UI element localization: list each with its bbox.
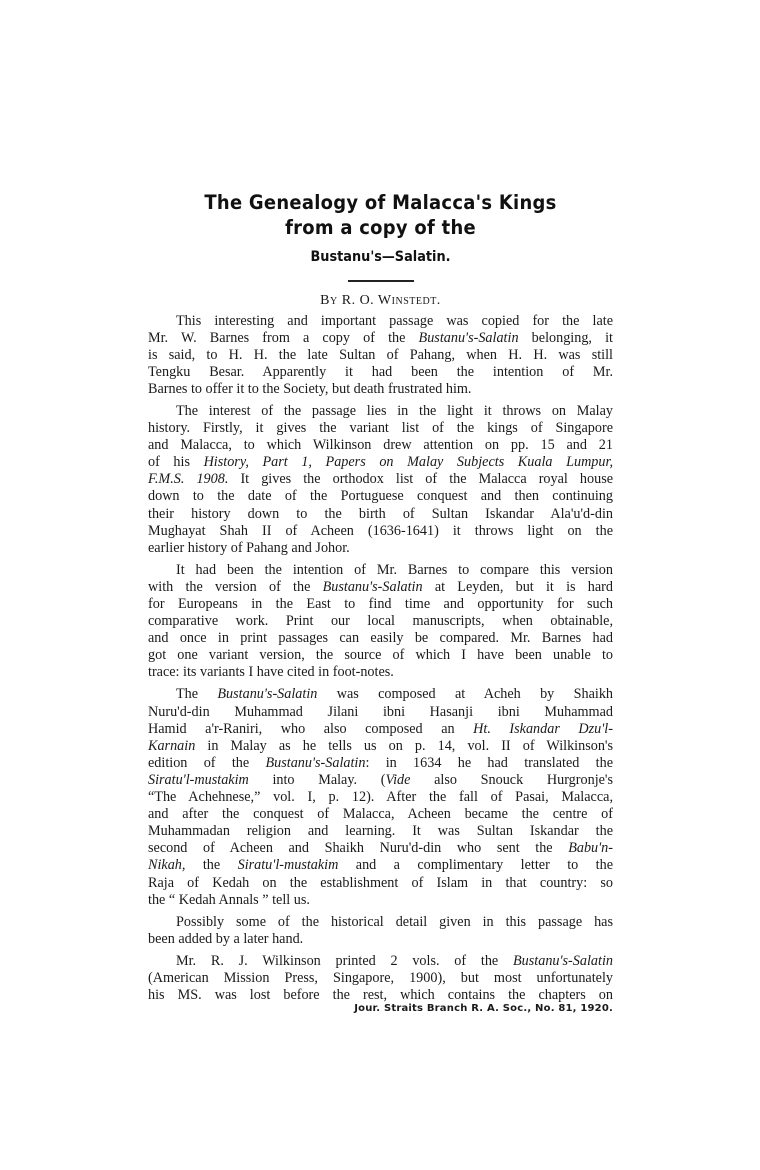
byline-prefix: By xyxy=(320,293,338,308)
text-line: their history down to the birth of Sulta… xyxy=(148,506,613,523)
text-line: earlier history of Pahang and Johor. xyxy=(148,540,613,557)
text-line: F.M.S. 1908. It gives the orthodox list … xyxy=(148,471,613,488)
text-line: Nikah, the Siratu'l-mustakim and a compl… xyxy=(148,857,613,874)
text-line: Tengku Besar. Apparently it had been the… xyxy=(148,364,613,381)
text-line: edition of the Bustanu's-Salatin: in 163… xyxy=(148,755,613,772)
author-name: R. O. Winstedt. xyxy=(342,293,441,308)
paragraph: Possibly some of the historical detail g… xyxy=(148,914,613,948)
title-divider xyxy=(348,280,414,282)
article-body: This interesting and important passage w… xyxy=(148,313,613,1005)
text-line: Siratu'l-mustakim into Malay. (Vide also… xyxy=(148,772,613,789)
text-line: comparative work. Print our local manusc… xyxy=(148,613,613,630)
text-line: Mr. R. J. Wilkinson printed 2 vols. of t… xyxy=(148,953,613,970)
text-line: with the version of the Bustanu's-Salati… xyxy=(148,579,613,596)
text-line: Raja of Kedah on the establishment of Is… xyxy=(148,875,613,892)
article-title-line-1: The Genealogy of Malacca's Kings xyxy=(167,190,595,215)
article-title-line-3: Bustanu's—Salatin. xyxy=(167,246,595,268)
text-line: Mughayat Shah II of Acheen (1636-1641) i… xyxy=(148,523,613,540)
text-line: of his History, Part 1, Papers on Malay … xyxy=(148,454,613,471)
text-line: (American Mission Press, Singapore, 1900… xyxy=(148,970,613,987)
article-page: The Genealogy of Malacca's Kings from a … xyxy=(148,190,613,1004)
text-line: “The Achehnese,” vol. I, p. 12). After t… xyxy=(148,789,613,806)
text-line: second of Acheen and Shaikh Nuru'd-din w… xyxy=(148,840,613,857)
text-line: This interesting and important passage w… xyxy=(148,313,613,330)
text-line: Possibly some of the historical detail g… xyxy=(148,914,613,931)
text-line: Hamid a'r-Raniri, who also composed an H… xyxy=(148,721,613,738)
byline: By R. O. Winstedt. xyxy=(148,292,613,310)
paragraph: This interesting and important passage w… xyxy=(148,313,613,398)
text-line: The Bustanu's-Salatin was composed at Ac… xyxy=(148,686,613,703)
article-title-line-2: from a copy of the xyxy=(167,215,595,240)
text-line: The interest of the passage lies in the … xyxy=(148,403,613,420)
text-line: Nuru'd-din Muhammad Jilani ibni Hasanji … xyxy=(148,704,613,721)
text-line: Mr. W. Barnes from a copy of the Bustanu… xyxy=(148,330,613,347)
text-line: Karnain in Malay as he tells us on p. 14… xyxy=(148,738,613,755)
text-line: his MS. was lost before the rest, which … xyxy=(148,987,613,1004)
paragraph: The Bustanu's-Salatin was composed at Ac… xyxy=(148,686,613,908)
text-line: and after the conquest of Malacca, Achee… xyxy=(148,806,613,823)
text-line: and Malacca, to which Wilkinson drew att… xyxy=(148,437,613,454)
text-line: been added by a later hand. xyxy=(148,931,613,948)
text-line: trace: its variants I have cited in foot… xyxy=(148,664,613,681)
text-line: history. Firstly, it gives the variant l… xyxy=(148,420,613,437)
text-line: for Europeans in the East to find time a… xyxy=(148,596,613,613)
text-line: got one variant version, the source of w… xyxy=(148,647,613,664)
text-line: Barnes to offer it to the Society, but d… xyxy=(148,381,613,398)
text-line: is said, to H. H. the late Sultan of Pah… xyxy=(148,347,613,364)
text-line: It had been the intention of Mr. Barnes … xyxy=(148,562,613,579)
paragraph: Mr. R. J. Wilkinson printed 2 vols. of t… xyxy=(148,953,613,1004)
paragraph: It had been the intention of Mr. Barnes … xyxy=(148,562,613,682)
text-line: Muhammadan religion and learning. It was… xyxy=(148,823,613,840)
text-line: down to the date of the Portuguese conqu… xyxy=(148,488,613,505)
text-line: the “ Kedah Annals ” tell us. xyxy=(148,892,613,909)
journal-citation: Jour. Straits Branch R. A. Soc., No. 81,… xyxy=(330,1003,613,1014)
paragraph: The interest of the passage lies in the … xyxy=(148,403,613,557)
text-line: and once in print passages can easily be… xyxy=(148,630,613,647)
